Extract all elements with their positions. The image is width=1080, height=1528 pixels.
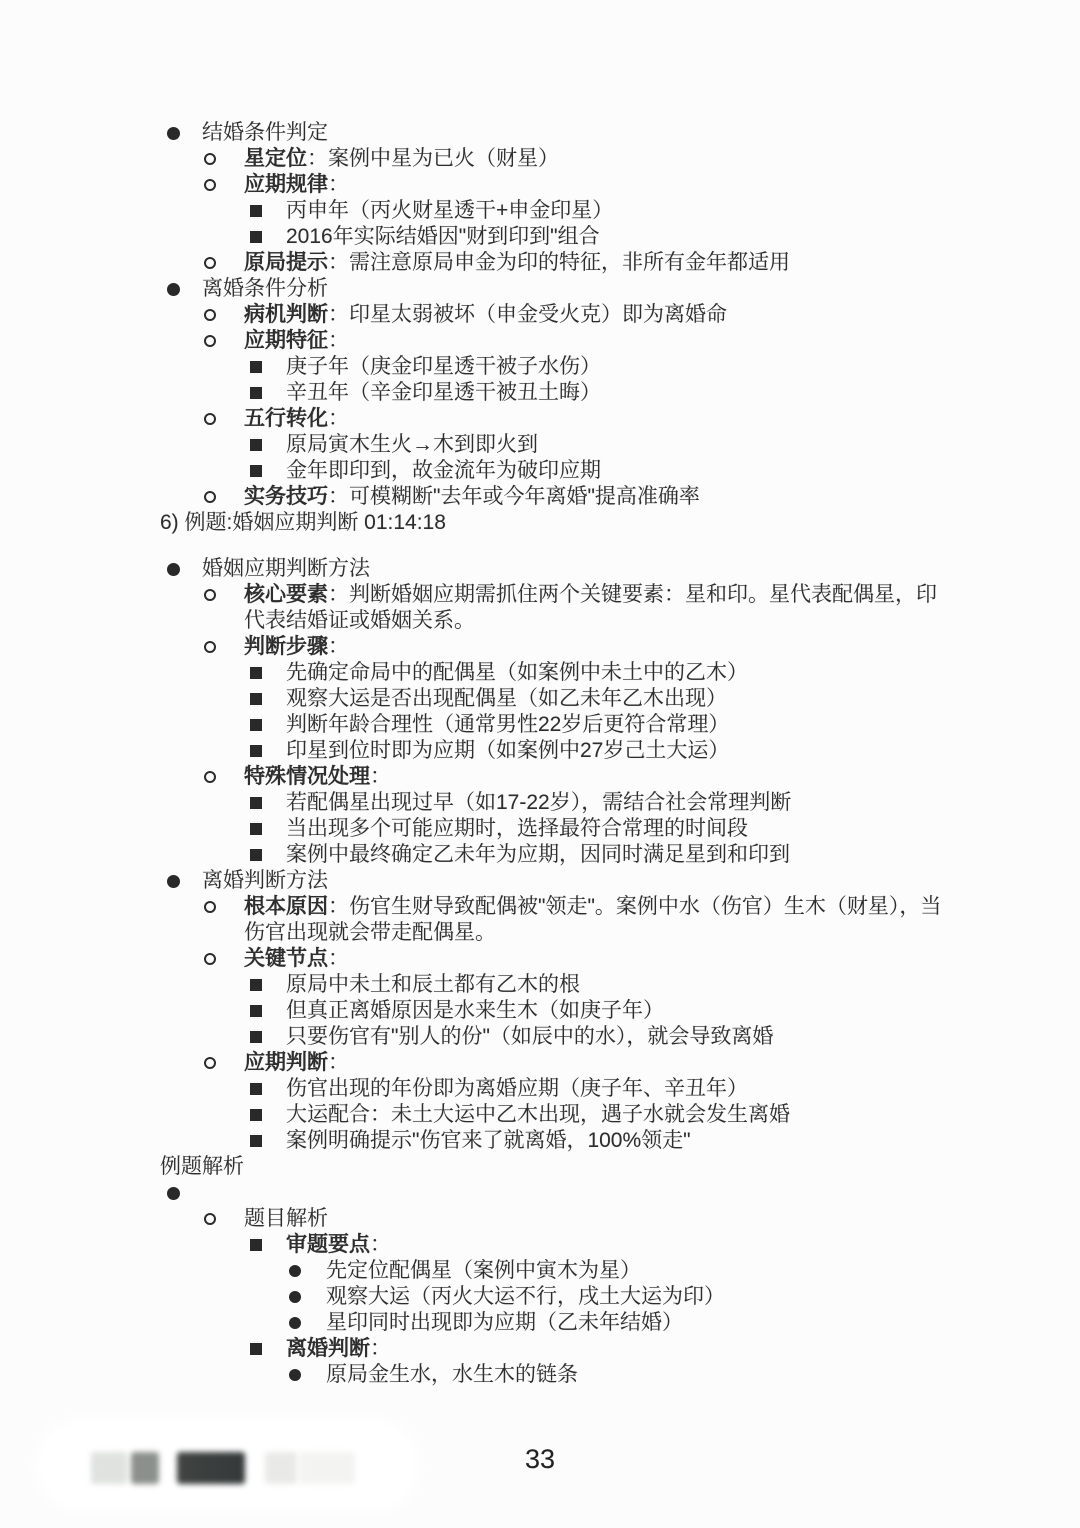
outline-item-label: 特殊情况处理 [244,765,370,788]
outline-item-text: 例题解析 [160,1154,950,1180]
bullet-square-icon [250,816,286,835]
outline-item-text: 金年即印到，故金流年为破印应期 [286,458,950,484]
outline-item: 观察大运（丙火大运不行，戌土大运为印） [0,1284,950,1310]
outline-item: 离婚判断方法 [0,868,950,894]
outline-item: 案例明确提示"伤官来了就离婚，100%领走" [0,1128,950,1154]
outline-item: 原局中未土和辰土都有乙木的根 [0,972,950,998]
bullet-square-icon [250,458,286,477]
outline-item-text: 实务技巧：可模糊断"去年或今年离婚"提高准确率 [244,484,950,510]
outline-item-text: 星印同时出现即为应期（乙未年结婚） [326,1310,950,1336]
page-number: 33 [525,1444,555,1475]
bullet-square-icon [250,1102,286,1121]
outline-item-label: 审题要点 [286,1233,370,1256]
outline-item-text: 2016年实际结婚因"财到印到"组合 [286,224,950,250]
outline-item: 应期特征： [0,328,950,354]
outline-item-text: 丙申年（丙火财星透干+申金印星） [286,198,950,224]
outline-item: 只要伤官有"别人的份"（如辰中的水），就会导致离婚 [0,1024,950,1050]
outline-item-text: 特殊情况处理： [244,764,950,790]
outline-item: 五行转化： [0,406,950,432]
outline-item: 观察大运是否出现配偶星（如乙未年乙木出现） [0,686,950,712]
bullet-disc-icon [167,276,202,296]
outline-item-text: 印星到位时即为应期（如案例中27岁己土大运） [286,738,950,764]
outline-item-text: 原局提示：需注意原局申金为印的特征，非所有金年都适用 [244,250,950,276]
bullet-disc-icon [167,1180,202,1200]
outline-item: 结婚条件判定 [0,120,950,146]
outline-item-label: 病机判断 [244,303,328,326]
outline-item: 当出现多个可能应期时，选择最符合常理的时间段 [0,816,950,842]
outline-item: 应期判断： [0,1050,950,1076]
outline-item-text: 结婚条件判定 [202,120,950,146]
outline-item-text [202,1180,950,1206]
outline-item: 核心要素：判断婚姻应期需抓住两个关键要素：星和印。星代表配偶星，印代表结婚证或婚… [0,582,950,634]
outline-item-text: 应期特征： [244,328,950,354]
bullet-square-icon [250,1024,286,1043]
bullet-square-icon [250,712,286,731]
bullet-disc-icon [289,1258,326,1277]
bullet-square-icon [250,738,286,757]
outline-item-label: 应期特征 [244,329,328,352]
outline-item-label: 应期规律 [244,173,328,196]
watermark-block [131,1452,159,1484]
outline-item-text: 原局寅木生火→木到即火到 [286,432,950,458]
bullet-square-icon [250,686,286,705]
bullet-circle-icon [204,1050,244,1069]
outline-item: 伤官出现的年份即为离婚应期（庚子年、辛丑年） [0,1076,950,1102]
outline-item: 大运配合：未土大运中乙木出现，遇子水就会发生离婚 [0,1102,950,1128]
outline-item-text: 婚姻应期判断方法 [202,556,950,582]
bullet-circle-icon [204,406,244,425]
bullet-square-icon [250,1336,286,1355]
bullet-disc-icon [289,1362,326,1381]
outline-item-text: 案例明确提示"伤官来了就离婚，100%领走" [286,1128,950,1154]
outline-item: 离婚条件分析 [0,276,950,302]
outline-item-label: 星定位 [244,147,307,170]
outline-item-text: 若配偶星出现过早（如17-22岁），需结合社会常理判断 [286,790,950,816]
outline-item-text: 只要伤官有"别人的份"（如辰中的水），就会导致离婚 [286,1024,950,1050]
outline-item: 辛丑年（辛金印星透干被丑土晦） [0,380,950,406]
outline-item: 6) 例题:婚姻应期判断 01:14:18 [0,510,950,536]
outline-item-label: 应期判断 [244,1051,328,1074]
outline-item-text: 判断年龄合理性（通常男性22岁后更符合常理） [286,712,950,738]
outline-item-text: 应期规律： [244,172,950,198]
outline-item-text: 原局金生水，水生木的链条 [326,1362,950,1388]
outline-item: 原局寅木生火→木到即火到 [0,432,950,458]
outline-item-text: 题目解析 [244,1206,950,1232]
outline-item-text: 案例中最终确定乙未年为应期，因同时满足星到和印到 [286,842,950,868]
bullet-circle-icon [204,894,244,913]
outline-item-text: 庚子年（庚金印星透干被子水伤） [286,354,950,380]
outline-item: 2016年实际结婚因"财到印到"组合 [0,224,950,250]
bullet-square-icon [250,660,286,679]
outline-item: 例题解析 [0,1154,950,1180]
outline-item: 金年即印到，故金流年为破印应期 [0,458,950,484]
outline-item: 星定位：案例中星为已火（财星） [0,146,950,172]
bullet-square-icon [250,354,286,373]
bullet-disc-icon [167,120,202,140]
outline-item-label: 原局提示 [244,251,328,274]
outline-item-text: 原局中未土和辰土都有乙木的根 [286,972,950,998]
outline-item: 印星到位时即为应期（如案例中27岁己土大运） [0,738,950,764]
outline-item-text: 判断步骤： [244,634,950,660]
outline-item [0,1180,950,1206]
outline-item: 先确定命局中的配偶星（如案例中未土中的乙木） [0,660,950,686]
bullet-square-icon [250,842,286,861]
bullet-disc-icon [167,868,202,888]
outline-item: 判断步骤： [0,634,950,660]
bullet-disc-icon [289,1310,326,1329]
bullet-square-icon [250,198,286,217]
outline-item: 实务技巧：可模糊断"去年或今年离婚"提高准确率 [0,484,950,510]
outline-item: 星印同时出现即为应期（乙未年结婚） [0,1310,950,1336]
outline-item-text: 伤官出现的年份即为离婚应期（庚子年、辛丑年） [286,1076,950,1102]
outline-item: 先定位配偶星（案例中寅木为星） [0,1258,950,1284]
watermark-blur [45,1428,410,1502]
outline-item-text: 先定位配偶星（案例中寅木为星） [326,1258,950,1284]
bullet-square-icon [250,972,286,991]
outline: 结婚条件判定星定位：案例中星为已火（财星）应期规律：丙申年（丙火财星透干+申金印… [0,120,950,1388]
bullet-disc-icon [167,556,202,576]
outline-item: 婚姻应期判断方法 [0,556,950,582]
bullet-square-icon [250,790,286,809]
outline-item-label: 核心要素 [244,583,328,606]
bullet-square-icon [250,1232,286,1251]
bullet-square-icon [250,1076,286,1095]
outline-item: 题目解析 [0,1206,950,1232]
bullet-circle-icon [204,328,244,347]
outline-item: 庚子年（庚金印星透干被子水伤） [0,354,950,380]
bullet-square-icon [250,432,286,451]
bullet-square-icon [250,1128,286,1147]
bullet-disc-icon [289,1284,326,1303]
outline-item: 案例中最终确定乙未年为应期，因同时满足星到和印到 [0,842,950,868]
outline-item: 关键节点： [0,946,950,972]
outline-item: 判断年龄合理性（通常男性22岁后更符合常理） [0,712,950,738]
outline-item-text: 观察大运是否出现配偶星（如乙未年乙木出现） [286,686,950,712]
watermark-block [265,1452,297,1484]
outline-item-text: 辛丑年（辛金印星透干被丑土晦） [286,380,950,406]
outline-item: 若配偶星出现过早（如17-22岁），需结合社会常理判断 [0,790,950,816]
outline-item: 特殊情况处理： [0,764,950,790]
bullet-circle-icon [204,946,244,965]
outline-item-text: 观察大运（丙火大运不行，戌土大运为印） [326,1284,950,1310]
outline-item-text: 离婚条件分析 [202,276,950,302]
outline-item-text: 关键节点： [244,946,950,972]
outline-item-label: 关键节点 [244,947,328,970]
outline-item: 但真正离婚原因是水来生木（如庚子年） [0,998,950,1024]
bullet-circle-icon [204,172,244,191]
outline-item-text: 病机判断：印星太弱被坏（申金受火克）即为离婚命 [244,302,950,328]
outline-item: 应期规律： [0,172,950,198]
outline-item-text: 五行转化： [244,406,950,432]
outline-item: 原局提示：需注意原局申金为印的特征，非所有金年都适用 [0,250,950,276]
watermark-block [91,1452,127,1484]
outline-item: 病机判断：印星太弱被坏（申金受火克）即为离婚命 [0,302,950,328]
bullet-square-icon [250,998,286,1017]
bullet-circle-icon [204,302,244,321]
outline-item-text: 离婚判断方法 [202,868,950,894]
bullet-square-icon [250,380,286,399]
outline-item-text: 先确定命局中的配偶星（如案例中未土中的乙木） [286,660,950,686]
outline-item: 审题要点： [0,1232,950,1258]
outline-item-text: 当出现多个可能应期时，选择最符合常理的时间段 [286,816,950,842]
outline-item: 丙申年（丙火财星透干+申金印星） [0,198,950,224]
bullet-square-icon [250,224,286,243]
outline-item-label: 根本原因 [244,895,328,918]
bullet-circle-icon [204,582,244,601]
outline-item-text: 根本原因：伤官生财导致配偶被"领走"。案例中水（伤官）生木（财星），当伤官出现就… [244,894,950,946]
outline-item-text: 大运配合：未土大运中乙木出现，遇子水就会发生离婚 [286,1102,950,1128]
outline-item: 原局金生水，水生木的链条 [0,1362,950,1388]
outline-item: 根本原因：伤官生财导致配偶被"领走"。案例中水（伤官）生木（财星），当伤官出现就… [0,894,950,946]
outline-item-text: 审题要点： [286,1232,950,1258]
outline-item-text: 离婚判断： [286,1336,950,1362]
outline-item-text: 核心要素：判断婚姻应期需抓住两个关键要素：星和印。星代表配偶星，印代表结婚证或婚… [244,582,950,634]
bullet-circle-icon [204,1206,244,1225]
outline-item-text: 但真正离婚原因是水来生木（如庚子年） [286,998,950,1024]
bullet-circle-icon [204,250,244,269]
watermark-block [177,1452,245,1484]
outline-item-text: 6) 例题:婚姻应期判断 01:14:18 [160,510,950,536]
outline-item-label: 五行转化 [244,407,328,430]
outline-item-text: 星定位：案例中星为已火（财星） [244,146,950,172]
outline-item-label: 判断步骤 [244,635,328,658]
bullet-circle-icon [204,634,244,653]
bullet-circle-icon [204,146,244,165]
document-page: 结婚条件判定星定位：案例中星为已火（财星）应期规律：丙申年（丙火财星透干+申金印… [0,0,1080,1528]
outline-item: 离婚判断： [0,1336,950,1362]
outline-item-text: 应期判断： [244,1050,950,1076]
bullet-circle-icon [204,764,244,783]
outline-item-label: 实务技巧 [244,485,328,508]
bullet-circle-icon [204,484,244,503]
watermark-block [299,1452,355,1484]
outline-item-label: 离婚判断 [286,1337,370,1360]
